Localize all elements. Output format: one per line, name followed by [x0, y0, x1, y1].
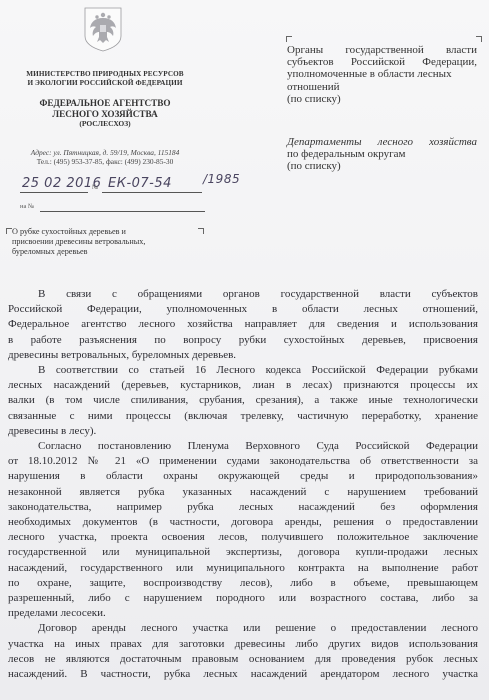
addressee-title: Департаменты лесного хозяйства — [287, 136, 477, 148]
text-line: лесных насаждений (деревьев, кустарников… — [8, 378, 478, 393]
ministry-line: И ЭКОЛОГИИ РОССИЙСКОЙ ФЕДЕРАЦИИ — [0, 79, 210, 88]
addressee-line: (по списку) — [287, 93, 477, 105]
text-line: пределами лесосеки. — [8, 606, 478, 621]
addressee-bracket-right — [476, 36, 482, 42]
text-line: разрешенный, либо с нарушением породного… — [8, 591, 478, 606]
text-line: Согласно постановлению Пленума Верховног… — [8, 439, 478, 454]
registration-number-suffix: /1985 — [203, 172, 240, 186]
text-line: древесины ветровальных, буреломных дерев… — [8, 348, 478, 363]
addressee-line: по федеральным округам — [287, 148, 477, 160]
text-line: связанные с ними процессы (включая треле… — [8, 409, 478, 424]
text-line: от 18.10.2012 № 21 «О применении судами … — [8, 454, 478, 469]
ministry-name: МИНИСТЕРСТВО ПРИРОДНЫХ РЕСУРСОВ И ЭКОЛОГ… — [0, 70, 210, 87]
text-line: лесов не являются достаточным правовым о… — [8, 652, 478, 667]
agency-address: Адрес: ул. Пятницкая, д. 59/19, Москва, … — [0, 148, 210, 157]
text-line: валки (в том числе спиливания, срубания,… — [8, 393, 478, 408]
text-line: нарушения в области охраны окружающей ср… — [8, 469, 478, 484]
document-page: МИНИСТЕРСТВО ПРИРОДНЫХ РЕСУРСОВ И ЭКОЛОГ… — [0, 0, 489, 700]
paragraph: В связи с обращениями органов государств… — [8, 287, 478, 363]
subject-line: О рубке сухостойных деревьев и — [12, 227, 202, 237]
date-underline — [20, 192, 88, 193]
addressee-line: Органы государственной власти — [287, 44, 477, 56]
addressee-line: субъектов Российской Федерации, — [287, 56, 477, 68]
agency-phone: Тел.: (495) 953-37-85, факс: (499) 230-8… — [0, 157, 210, 166]
addressee-bracket-left — [286, 36, 292, 42]
subject-line: буреломных деревьев — [12, 247, 202, 257]
text-line: насаждений. В частности, рубка лесных на… — [8, 667, 478, 682]
text-line: участка на иных правах для заготовки дре… — [8, 637, 478, 652]
text-line: насаждений, государственного или муницип… — [8, 561, 478, 576]
reply-to-label: на № — [20, 203, 34, 210]
ministry-line: МИНИСТЕРСТВО ПРИРОДНЫХ РЕСУРСОВ — [0, 70, 210, 79]
text-line: Договор аренды лесного участка или решен… — [8, 621, 478, 636]
agency-name: ФЕДЕРАЛЬНОЕ АГЕНТСТВО ЛЕСНОГО ХОЗЯЙСТВА … — [0, 98, 210, 130]
paragraph: Договор аренды лесного участка или решен… — [8, 621, 478, 682]
subject-line: присвоении древесины ветровальных, — [12, 237, 202, 247]
addressee-line: отношений — [287, 81, 477, 93]
letter-body: В связи с обращениями органов государств… — [8, 287, 478, 682]
text-line: Российской Федерации, уполномоченных в о… — [8, 302, 478, 317]
agency-line: ЛЕСНОГО ХОЗЯЙСТВА — [0, 109, 210, 120]
text-line: государственной или муниципальной экспер… — [8, 545, 478, 560]
addressee-line: уполномоченные в области лесных — [287, 68, 477, 80]
reply-to-line: на № — [20, 200, 210, 214]
registration-line: 25 02 2016 № ЕК-07-54 /1985 — [20, 175, 250, 195]
reply-to-underline — [40, 211, 205, 212]
text-line: необходимых документов (в частности, дог… — [8, 515, 478, 530]
text-line: Федеральное агентство лесного хозяйства … — [8, 317, 478, 332]
text-line: незаконной является рубка указанных наса… — [8, 485, 478, 500]
coat-of-arms-icon — [83, 6, 123, 52]
addressee-regional-authorities: Органы государственной власти субъектов … — [287, 44, 477, 105]
text-line: лесного участка, проекта освоения лесов,… — [8, 530, 478, 545]
letter-subject: О рубке сухостойных деревьев и присвоени… — [12, 227, 202, 257]
paragraph: В соответствии со статьей 16 Лесного код… — [8, 363, 478, 439]
text-line: В соответствии со статьей 16 Лесного код… — [8, 363, 478, 378]
addressee-line: (по списку) — [287, 160, 477, 172]
text-line: В связи с обращениями органов государств… — [8, 287, 478, 302]
number-underline — [102, 192, 202, 193]
addressee-forestry-departments: Департаменты лесного хозяйства по федера… — [287, 136, 477, 173]
registration-date: 25 02 2016 — [22, 176, 101, 191]
agency-line: ФЕДЕРАЛЬНОЕ АГЕНТСТВО — [0, 98, 210, 109]
number-label: № — [92, 184, 98, 191]
text-line: по охране, защите, воспроизводству лесов… — [8, 576, 478, 591]
agency-abbreviation: (РОСЛЕСХОЗ) — [0, 119, 210, 130]
text-line: древесины в лесу). — [8, 424, 478, 439]
text-line: законодательства, например рубка лесных … — [8, 500, 478, 515]
paragraph: Согласно постановлению Пленума Верховног… — [8, 439, 478, 621]
text-line: в работе разъяснения по вопросу рубки су… — [8, 333, 478, 348]
registration-number: ЕК-07-54 — [108, 176, 172, 191]
